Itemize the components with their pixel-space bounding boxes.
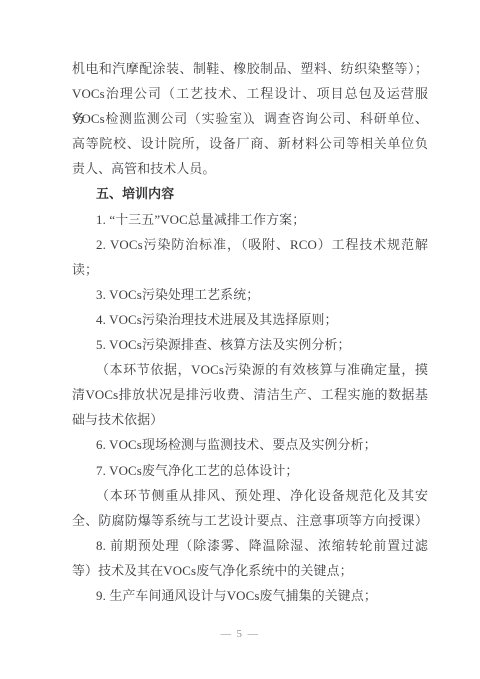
list-item-line: 5. VOCs污染源排查、核算方法及实例分析；: [72, 333, 428, 358]
note-line: 全、防腐防爆等系统与工艺设计要点、注意事项等方向授课）: [72, 509, 428, 534]
list-item-line: 9. 生产车间通风设计与VOCs废气捕集的关键点；: [72, 584, 428, 609]
text-line: 读；: [72, 258, 428, 283]
note-line: 清VOCs排放状况是排污收费、清洁生产、工程实施的数据基: [72, 383, 428, 408]
list-item-line: 4. VOCs污染治理技术进展及其选择原则；: [72, 308, 428, 333]
list-item-line: 3. VOCs污染处理工艺系统；: [72, 283, 428, 308]
list-item-line: 1. “十三五”VOC总量减排工作方案；: [72, 208, 428, 233]
list-item-line: 6. VOCs现场检测与监测技术、要点及实例分析；: [72, 433, 428, 458]
list-item-line: 2. VOCs污染防治标准，（吸附、RCO）工程技术规范解: [72, 233, 428, 258]
text-line: VOCs检测监测公司（实验室）、调查咨询公司、科研单位、: [72, 107, 428, 132]
text-line: 机电和汽摩配涂装、制鞋、橡胶制品、塑料、纺织染整等）；: [72, 57, 428, 82]
note-line: 础与技术依据）: [72, 408, 428, 433]
text-line: VOCs治理公司（工艺技术、工程设计、项目总包及运营服务）、: [72, 82, 428, 107]
note-line: （本环节依据，VOCs污染源的有效核算与准确定量，摸: [72, 358, 428, 383]
document-page: 机电和汽摩配涂装、制鞋、橡胶制品、塑料、纺织染整等）； VOCs治理公司（工艺技…: [0, 0, 480, 679]
text-line: 高等院校、设计院所，设备厂商、新材料公司等相关单位负: [72, 132, 428, 157]
list-item-line: 8. 前期预处理（除漆雾、降温除湿、浓缩转轮前置过滤: [72, 534, 428, 559]
document-body: 机电和汽摩配涂装、制鞋、橡胶制品、塑料、纺织染整等）； VOCs治理公司（工艺技…: [72, 57, 428, 609]
note-line: （本环节侧重从排风、预处理、净化设备规范化及其安: [72, 484, 428, 509]
text-line: 责人、高管和技术人员。: [72, 157, 428, 182]
page-number: — 5 —: [0, 628, 480, 642]
list-item-line: 7. VOCs废气净化工艺的总体设计；: [72, 459, 428, 484]
text-line: 等）技术及其在VOCs废气净化系统中的关键点；: [72, 559, 428, 584]
section-heading: 五、培训内容: [72, 182, 428, 207]
